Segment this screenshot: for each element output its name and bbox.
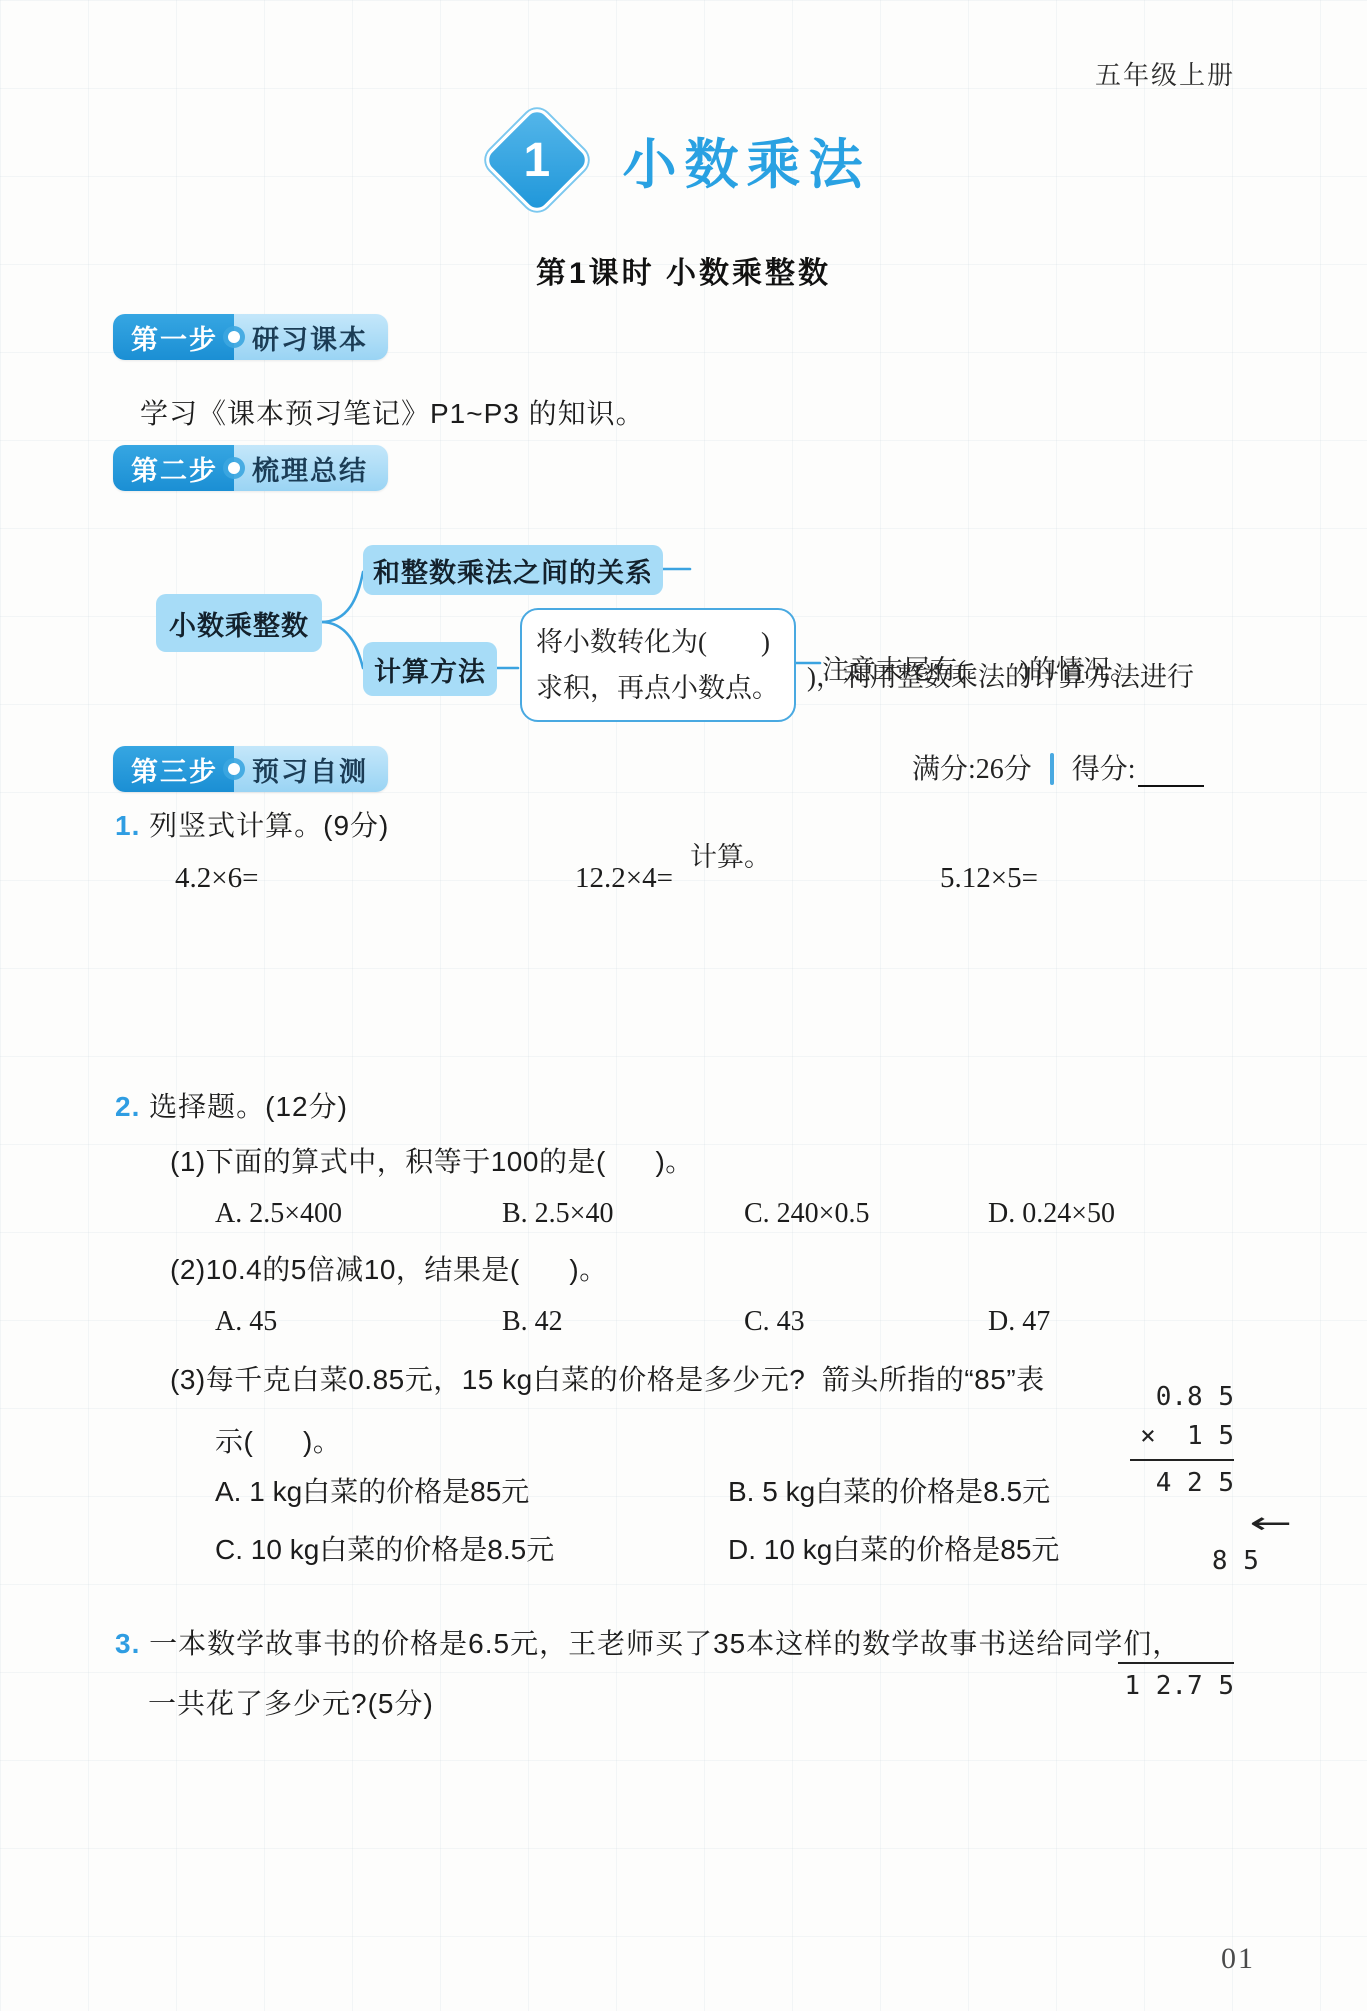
question-1-number: 1. <box>115 810 140 841</box>
method-node: 计算方法 <box>363 642 497 696</box>
question-2-number: 2. <box>115 1091 140 1122</box>
earned-score-label: 得分: <box>1072 747 1136 787</box>
step2-label: 第二步 <box>113 445 234 491</box>
option: D. 47 <box>988 1306 1050 1338</box>
page-number: 01 <box>1195 1942 1255 1976</box>
method-box-line2: 求积，再点小数点。 <box>536 665 780 711</box>
question-1-text: 列竖式计算。(9分) <box>149 810 389 841</box>
option: A. 45 <box>215 1306 277 1338</box>
step3-name: 预习自测 <box>234 746 388 792</box>
badge-dot-icon <box>228 331 240 343</box>
chapter-heading: 1 小数乘法 <box>0 100 1367 220</box>
option: A. 2.5×400 <box>215 1198 342 1230</box>
step3-badge: 第三步 预习自测 <box>113 746 388 792</box>
option: A. 1 kg白菜的价格是85元 <box>215 1470 529 1510</box>
mult-row: × 1 5 <box>1118 1417 1234 1456</box>
sub-question-3-stem-line2: 示( )。 <box>215 1420 341 1460</box>
workbook-page: 五年级上册 1 小数乘法 第1课时 小数乘整数 第一步 研习课本 学习《课本预习… <box>0 0 1367 2011</box>
question-3-line1: 一本数学故事书的价格是6.5元，王老师买了35本这样的数学故事书送给同学们， <box>149 1628 1181 1659</box>
score-blank <box>1138 755 1204 787</box>
full-score: 满分:26分 <box>912 747 1032 787</box>
step1-badge: 第一步 研习课本 <box>113 314 388 360</box>
question-3-line2: 一共花了多少元?(5分) <box>148 1682 434 1722</box>
option: C. 43 <box>744 1306 805 1338</box>
mult-row: 4 2 5 <box>1118 1464 1234 1503</box>
question-3-number: 3. <box>115 1628 140 1659</box>
mult-row: 1 2.7 5 <box>1118 1667 1234 1706</box>
mult-rule <box>1118 1662 1234 1664</box>
lesson-subtitle: 第1课时 小数乘整数 <box>0 248 1367 292</box>
calc-item: 5.12×5= <box>940 862 1038 895</box>
option: B. 5 kg白菜的价格是8.5元 <box>728 1470 1050 1510</box>
option: D. 0.24×50 <box>988 1198 1115 1230</box>
root-node: 小数乘整数 <box>156 594 322 652</box>
sub-question-3-stem-line1: (3)每千克白菜0.85元，15 kg白菜的价格是多少元? 箭头所指的“85”表 <box>170 1358 1130 1398</box>
option: C. 240×0.5 <box>744 1198 869 1230</box>
sub-question-2-options: A. 45 B. 42 C. 43 D. 47 <box>0 1306 1367 1340</box>
left-arrow-icon: ← <box>1249 1504 1292 1543</box>
option: C. 10 kg白菜的价格是8.5元 <box>215 1528 554 1568</box>
badge-dot-icon <box>228 763 240 775</box>
mult-row: 0.8 5 <box>1118 1378 1234 1417</box>
sub-question-2-stem: (2)10.4的5倍减10，结果是( )。 <box>170 1248 608 1288</box>
calc-item: 4.2×6= <box>175 862 258 895</box>
grade-header: 五年级上册 <box>1020 55 1235 92</box>
chapter-number-badge: 1 <box>480 103 593 216</box>
question-2-heading: 2. 选择题。(12分) <box>115 1085 348 1125</box>
question-2-text: 选择题。(12分) <box>149 1091 348 1122</box>
score-divider <box>1050 753 1054 785</box>
score-bar: 满分:26分 得分: <box>912 747 1204 787</box>
step3-label: 第三步 <box>113 746 234 792</box>
option: B. 2.5×40 <box>502 1198 613 1230</box>
step2-name: 梳理总结 <box>234 445 388 491</box>
method-box: 将小数转化为( ) 求积，再点小数点。 <box>520 608 796 722</box>
mult-row: 8 5 <box>1212 1546 1290 1576</box>
chapter-title: 小数乘法 <box>623 122 871 199</box>
option: B. 42 <box>502 1306 563 1338</box>
study-note: 学习《课本预习笔记》P1~P3 的知识。 <box>140 392 645 432</box>
step1-name: 研习课本 <box>234 314 388 360</box>
step1-label: 第一步 <box>113 314 234 360</box>
step2-badge: 第二步 梳理总结 <box>113 445 388 491</box>
sub-question-1-options: A. 2.5×400 B. 2.5×40 C. 240×0.5 D. 0.24×… <box>0 1198 1367 1232</box>
method-box-line1: 将小数转化为( ) <box>536 619 780 665</box>
tail-note: 注意末尾有( )的情况。 <box>822 648 1137 687</box>
relation-node: 和整数乘法之间的关系 <box>363 545 663 595</box>
chapter-number: 1 <box>523 132 550 187</box>
calc-item: 12.2×4= <box>575 862 673 895</box>
option: D. 10 kg白菜的价格是85元 <box>728 1528 1059 1568</box>
sub-question-1-stem: (1)下面的算式中，积等于100的是( )。 <box>170 1140 694 1180</box>
question-3-heading: 3. 一本数学故事书的价格是6.5元，王老师买了35本这样的数学故事书送给同学们… <box>115 1622 1275 1662</box>
question-1-heading: 1. 列竖式计算。(9分) <box>115 804 389 844</box>
badge-dot-icon <box>228 462 240 474</box>
mult-rule <box>1130 1459 1234 1461</box>
